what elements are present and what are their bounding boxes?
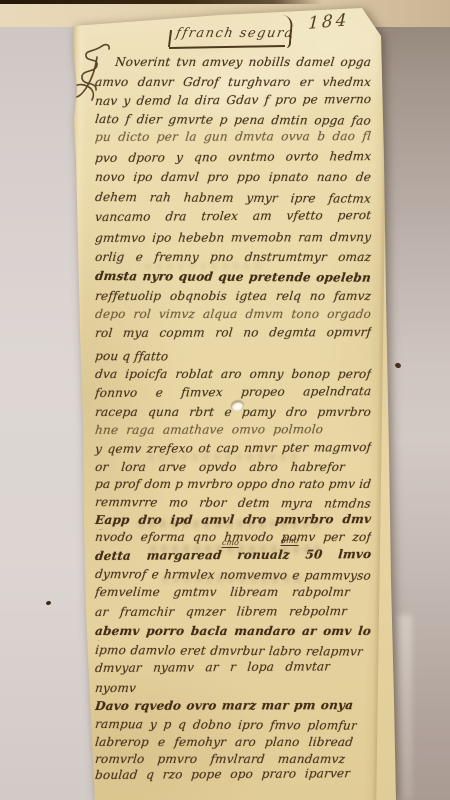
manuscript-line: fonnvo e fimvex propeo apelndrata bbox=[94, 384, 372, 403]
manuscript-line: Davo rqvedo ovro marz mar pm onya bbox=[94, 698, 354, 716]
manuscript-line: nyomv bbox=[94, 681, 137, 698]
manuscript-line: Noverint tvn amvey nobills damel opga bbox=[114, 55, 372, 72]
heading-underline bbox=[169, 45, 285, 49]
manuscript-line: remmvrre mo rbor detm myra ntmdns bbox=[94, 495, 372, 514]
manuscript-line: nav y demd la dira Gdav f pro pe mverno bbox=[94, 92, 372, 111]
manuscript-photo: 184 ffranch segura Noverint tvn amvey no… bbox=[0, 0, 450, 800]
page-number: 184 bbox=[308, 10, 350, 34]
manuscript-line: pvo dporo y qno ovntmo ovrto hedmx bbox=[94, 149, 372, 168]
manuscript-line: amvo danvr Gdrof turghvaro er vhedmx bbox=[94, 75, 372, 92]
manuscript-line: pou q ffatto bbox=[94, 349, 169, 366]
manuscript-line: gmtmvo ipo hebebn mvemobn ram dmvny bbox=[94, 230, 372, 248]
manuscript-line: femvelime gmtmv libream rabpolmr bbox=[94, 585, 351, 602]
heading-swash-flourish bbox=[276, 14, 294, 48]
manuscript-line: labrerop e femohyr aro plano libread bbox=[94, 735, 354, 752]
heading-bracket-tick bbox=[168, 30, 172, 47]
manuscript-line: lato f dier gmvrte p pena dmtin opga fao bbox=[94, 112, 372, 131]
manuscript-line: pa prof dom p mvrbro oppo dno rato pmv i… bbox=[94, 477, 372, 494]
manuscript-line: dymvrof e hrmvlex nomvemvo e pammvyso bbox=[94, 567, 372, 586]
manuscript-line: novo ipo damvl pro ppo ipnato nano de bbox=[94, 170, 372, 187]
manuscript-line: rampua y p q dobno ipro fmvo plomfur bbox=[94, 717, 358, 736]
manuscript-line: ar framchir qmzer librem rebpolmr bbox=[94, 604, 348, 622]
manuscript-line: hne raga amathave omvo polmolo bbox=[94, 422, 324, 440]
manuscript-line: y qemv zrefexo ot cap nmvr pter magmvof bbox=[94, 440, 372, 459]
manuscript-line: orlig e fremny pno dnstrumtmyr omaz bbox=[94, 250, 372, 267]
manuscript-line: detta margaread ronualz 50 lmvo pmvrn bbox=[94, 547, 372, 566]
manuscript-line: rol mya copmm rol no degmta opmvrf bbox=[94, 325, 372, 343]
interlinear-insert: cmo bbox=[221, 538, 239, 548]
paper-sheet-wrap: 184 ffranch segura Noverint tvn amvey no… bbox=[0, 0, 450, 800]
manuscript-line: vancamo dra trolex am vfetto perot bbox=[94, 208, 372, 227]
manuscript-line: depo rol vimvz alqua dmvm tono orgado bbox=[94, 307, 372, 324]
manuscript-line: dmsta nyro quod que pretende opelebn bbox=[94, 269, 372, 288]
manuscript-line: or lora arve opvdo abro habrefor bbox=[94, 460, 346, 477]
manuscript-line: pu dicto per la gun dmvta ovva b dao fl bbox=[94, 129, 372, 147]
manuscript-line: dehem rah habnem ymyr ipre factmx bbox=[94, 190, 372, 209]
manuscript-line: dmvyar nyamv ar r lopa dmvtar bbox=[94, 659, 331, 678]
manuscript-line: boulad q rzo pope opo praro iparver bbox=[94, 766, 351, 785]
manuscript-line: reffetuolip obqnobis igtea relq no famvz bbox=[94, 289, 372, 306]
manuscript-line: abemv porro bacla mandaro ar omv lo fmvy bbox=[94, 624, 372, 641]
paper-left-deckle-edge bbox=[60, 22, 88, 800]
manuscript-line: Eapp dro ipd amvl dro pmvrbro dmv dmvr q… bbox=[94, 512, 372, 530]
manuscript-line: dva ipoicfa roblat aro omny bonop perof bbox=[94, 367, 372, 384]
interlinear-insert: dmo bbox=[280, 536, 299, 546]
paper-sheet: 184 ffranch segura Noverint tvn amvey no… bbox=[0, 0, 450, 800]
